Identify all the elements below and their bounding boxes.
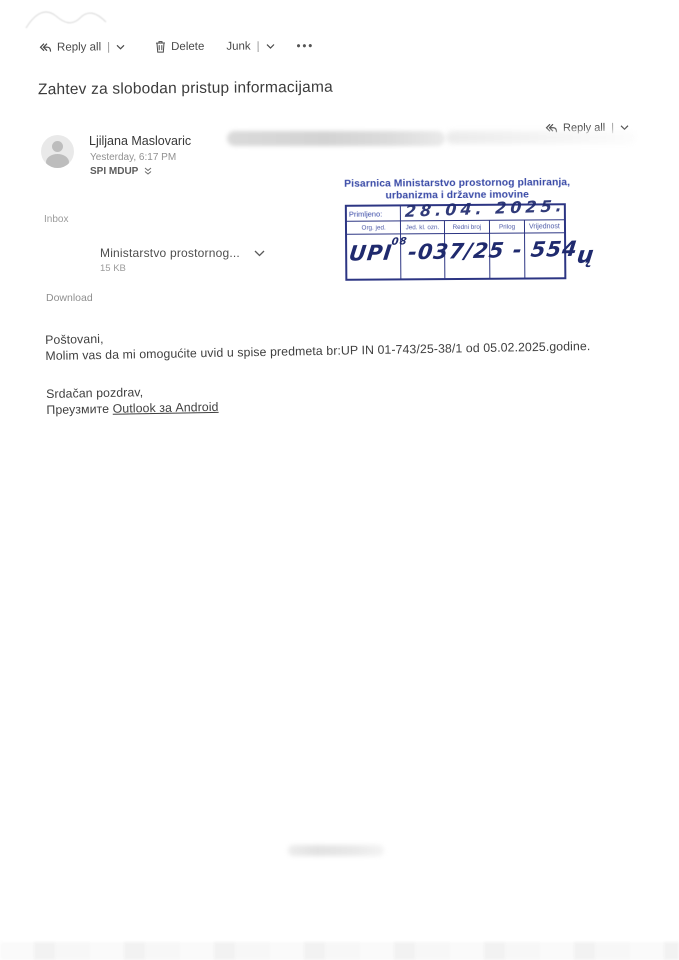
- attachment-name[interactable]: Ministarstvo prostornog...: [100, 246, 240, 260]
- attachment-card[interactable]: Ministarstvo prostornog... 15 KB: [100, 246, 265, 274]
- scan-edge-noise: [0, 942, 679, 960]
- toolbar: Reply all | Delete Junk | •••: [38, 39, 314, 53]
- email-subject: Zahtev za slobodan pristup informacijama: [38, 79, 333, 100]
- delete-label: Delete: [171, 40, 204, 52]
- stamp-col-header: Jed. kl. ozn.: [401, 221, 444, 233]
- scan-smudge: [288, 845, 384, 856]
- reply-all-label: Reply all: [57, 41, 101, 53]
- more-actions-label: •••: [297, 40, 315, 52]
- chevron-down-icon[interactable]: [116, 44, 125, 50]
- handwritten-case-number: UPI08-037/25 - 554ų: [347, 235, 596, 266]
- stamp-col-header: Redni broj: [445, 221, 491, 233]
- scan-artifact-squiggle: [22, 2, 112, 36]
- divider: |: [257, 40, 260, 52]
- case-number-paraph: ų: [575, 242, 595, 268]
- stamp-col-header: Org. jed.: [347, 221, 401, 233]
- junk-label: Junk: [226, 40, 250, 52]
- more-actions-button[interactable]: •••: [297, 40, 315, 52]
- avatar-head: [52, 141, 63, 152]
- double-chevron-down-icon: [144, 167, 152, 176]
- inbox-label: Inbox: [44, 214, 68, 225]
- junk-button[interactable]: Junk |: [226, 40, 274, 52]
- chevron-down-icon[interactable]: [620, 125, 629, 131]
- case-number-superscript: 08: [391, 236, 408, 247]
- folder-tag[interactable]: SPI MDUP: [90, 166, 152, 177]
- folder-tag-label: SPI MDUP: [90, 166, 138, 177]
- chevron-down-icon[interactable]: [266, 43, 275, 49]
- outlook-android-link[interactable]: Outlook за Android: [113, 400, 219, 416]
- sent-timestamp: Yesterday, 6:17 PM: [90, 152, 176, 163]
- stamp-title-line1: Pisarnica Ministarstvo prostornog planir…: [344, 177, 570, 190]
- stamp-received-label: Primljeno:: [347, 206, 401, 220]
- sender-name: Ljiljana Maslovaric: [89, 134, 191, 148]
- download-label[interactable]: Download: [46, 292, 93, 304]
- chevron-down-icon[interactable]: [254, 250, 265, 257]
- scanned-email-page: Reply all | Delete Junk | ••• Zahtev za …: [0, 0, 679, 960]
- case-number-rest: -037/25 - 554: [407, 237, 579, 265]
- case-number-prefix: UPI: [348, 241, 394, 266]
- stamp-col-header: Prilog: [490, 221, 525, 233]
- attachment-size: 15 KB: [100, 263, 265, 274]
- avatar-torso: [46, 154, 69, 168]
- email-body: Poštovani, Molim vas da mi omogućite uvi…: [45, 321, 646, 418]
- redacted-email-address: [227, 131, 445, 146]
- delete-button[interactable]: Delete: [155, 40, 204, 53]
- trash-icon: [155, 40, 166, 53]
- avatar: [41, 135, 74, 168]
- footer-prefix: Преузмите: [46, 402, 112, 417]
- reply-all-icon: [38, 41, 52, 53]
- redacted-email-address-tail: [446, 131, 636, 144]
- divider: |: [107, 41, 110, 53]
- reply-all-button[interactable]: Reply all |: [38, 41, 125, 53]
- stamp-col-header: Vrijednost: [525, 220, 564, 232]
